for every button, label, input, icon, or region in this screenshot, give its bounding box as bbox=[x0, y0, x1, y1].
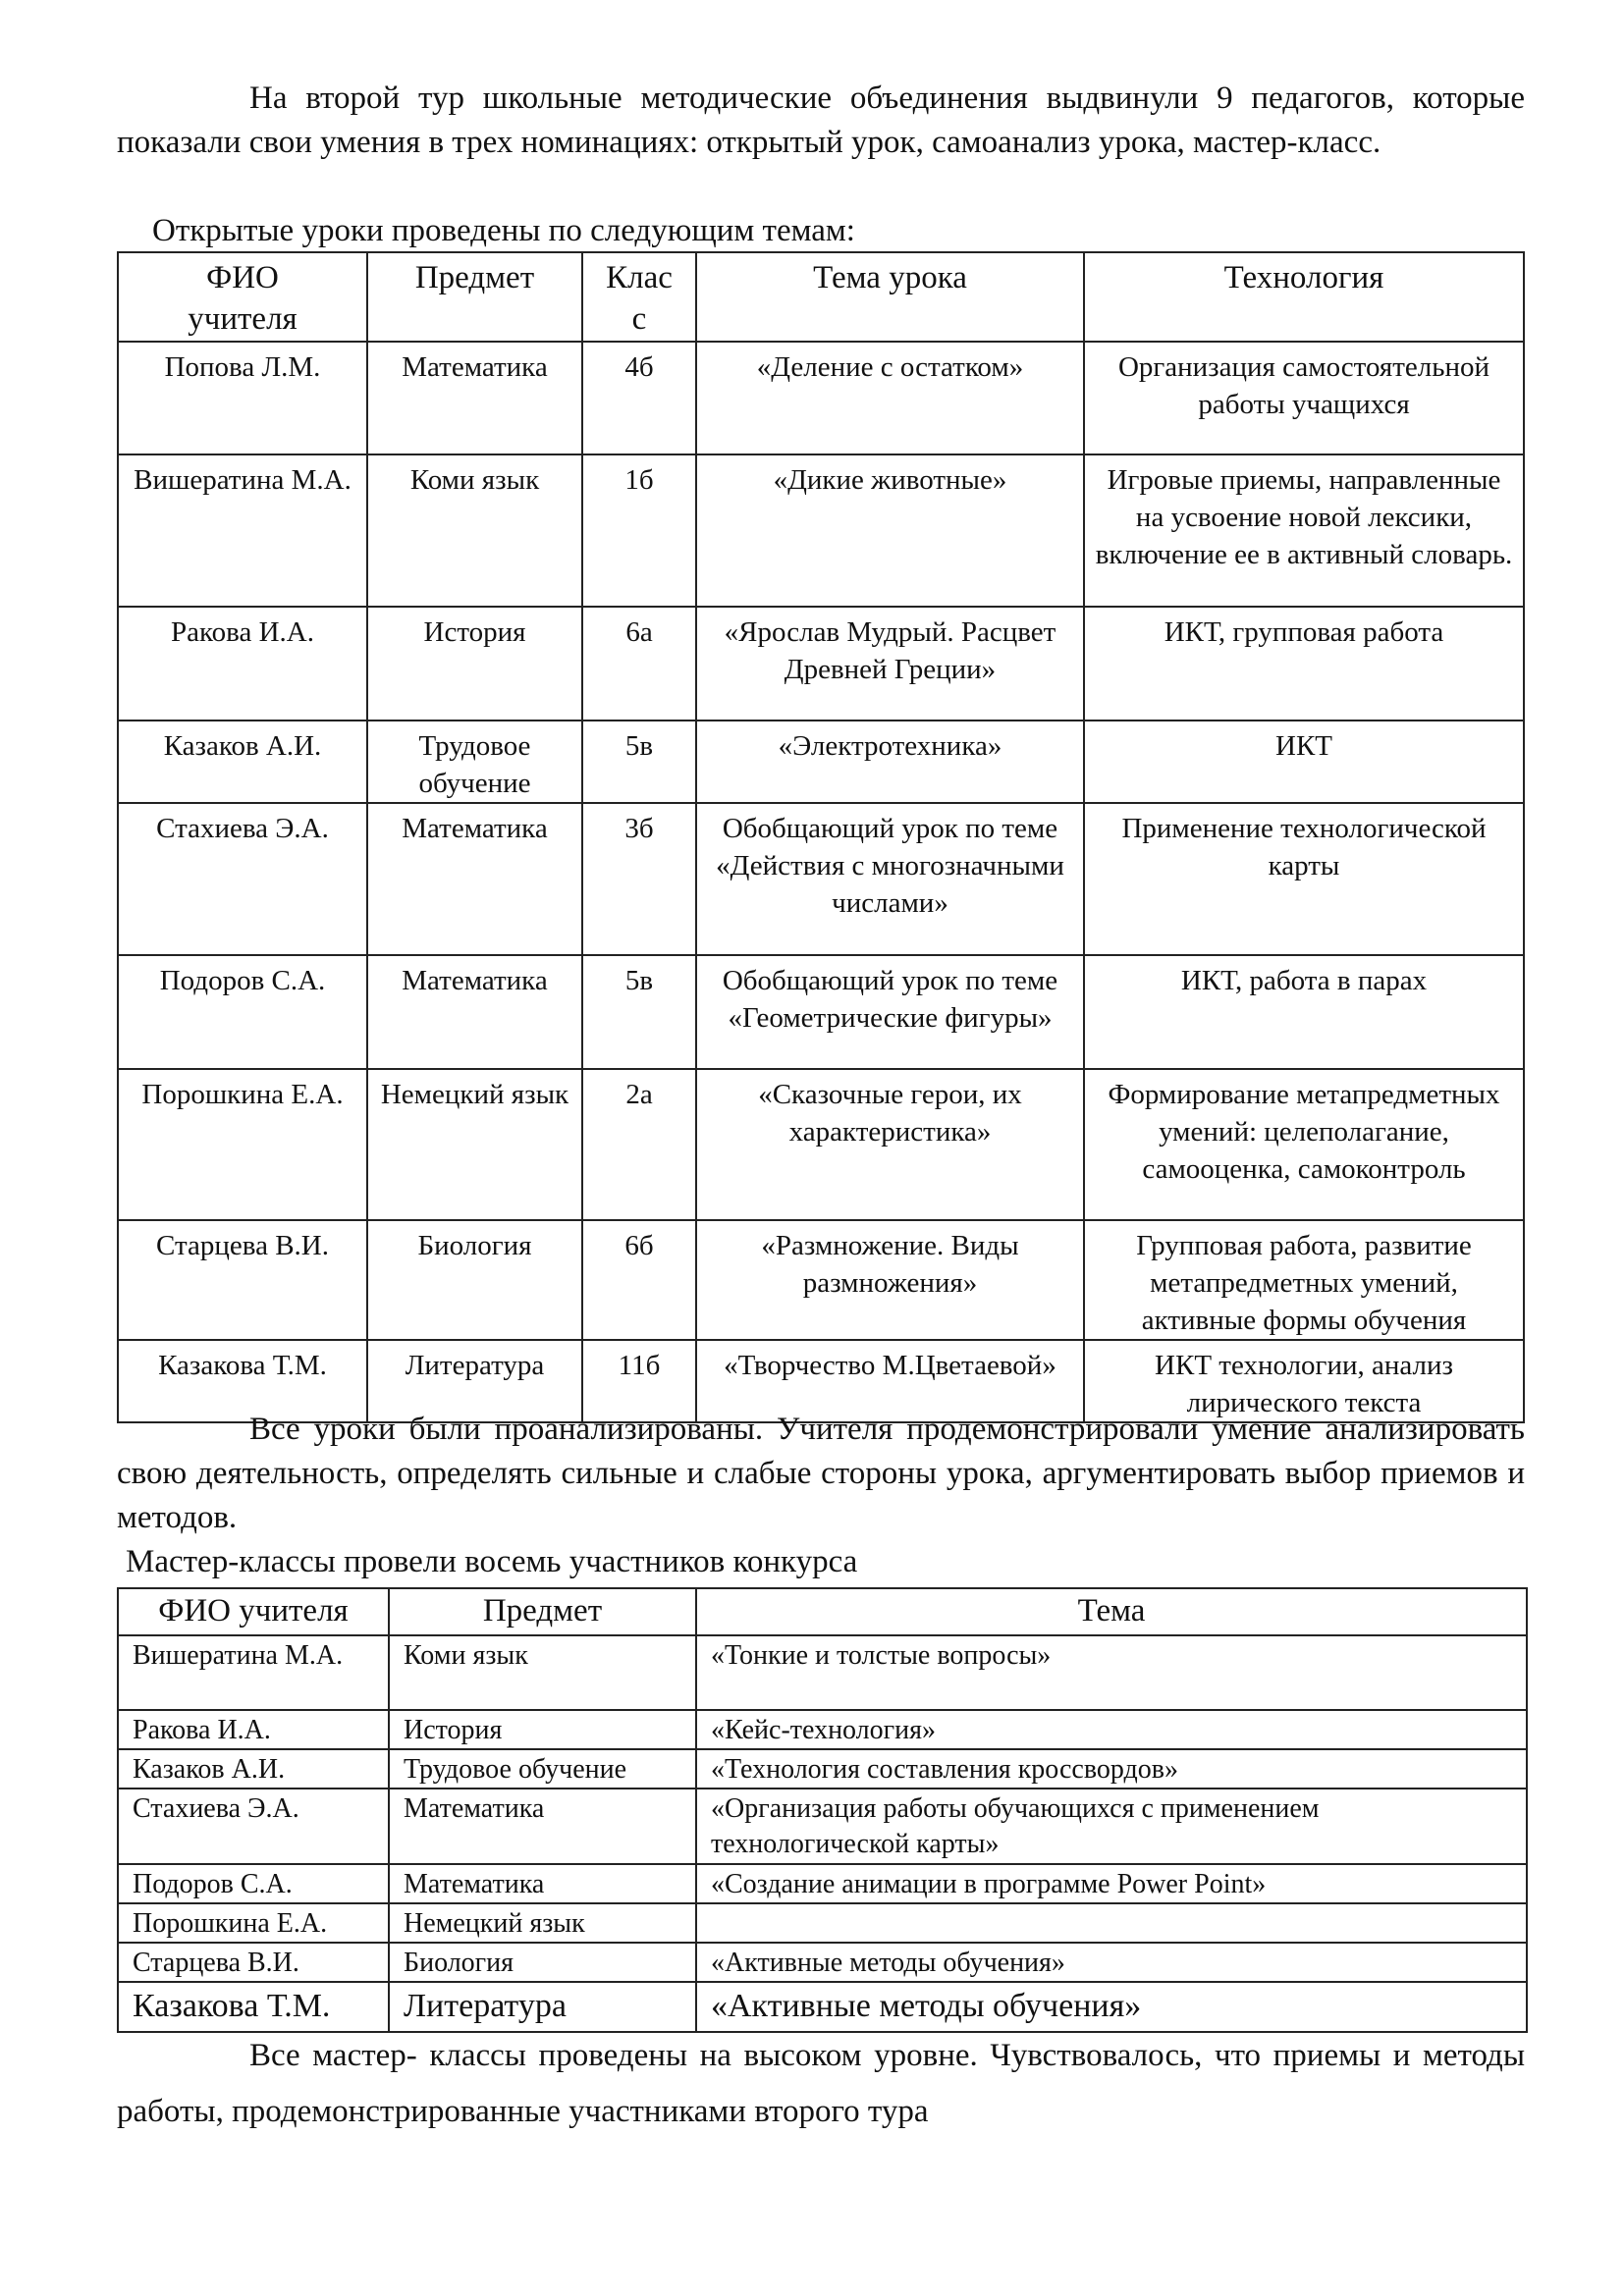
cell-grade: 1б bbox=[582, 454, 696, 607]
cell-subject: Математика bbox=[389, 1864, 696, 1903]
table-row: Старцева В.И.Биология6б«Размножение. Вид… bbox=[118, 1220, 1524, 1340]
cell-grade: 6б bbox=[582, 1220, 696, 1340]
cell-topic: «Кейс-технология» bbox=[696, 1710, 1527, 1749]
cell-topic: «Размножение. Виды размножения» bbox=[696, 1220, 1084, 1340]
column-header-teacher: ФИО учителя bbox=[118, 252, 367, 342]
cell-teacher: Попова Л.М. bbox=[118, 342, 367, 454]
cell-subject: Математика bbox=[367, 955, 582, 1069]
cell-teacher: Подоров С.А. bbox=[118, 1864, 389, 1903]
cell-subject: История bbox=[389, 1710, 696, 1749]
analysis-paragraph: Все уроки были проанализированы. Учителя… bbox=[117, 1408, 1525, 1540]
open-lessons-table: ФИО учителя Предмет Клас с Тема урока Те… bbox=[117, 251, 1525, 1423]
cell-topic bbox=[696, 1903, 1527, 1943]
table-row: Вишератина М.А.Коми язык«Тонкие и толсты… bbox=[118, 1635, 1527, 1710]
table-row: Попова Л.М.Математика4б«Деление с остатк… bbox=[118, 342, 1524, 454]
cell-subject: Немецкий язык bbox=[389, 1903, 696, 1943]
cell-topic: «Технология составления кроссвордов» bbox=[696, 1749, 1527, 1789]
cell-teacher: Стахиева Э.А. bbox=[118, 803, 367, 955]
cell-topic: «Ярослав Мудрый. Расцвет Древней Греции» bbox=[696, 607, 1084, 721]
table-row: Казаков А.И.Трудовое обучение«Технология… bbox=[118, 1749, 1527, 1789]
cell-teacher: Старцева В.И. bbox=[118, 1220, 367, 1340]
cell-teacher: Казаков А.И. bbox=[118, 721, 367, 803]
cell-subject: Коми язык bbox=[389, 1635, 696, 1710]
cell-teacher: Старцева В.И. bbox=[118, 1943, 389, 1982]
cell-grade: 5в bbox=[582, 955, 696, 1069]
open-lessons-heading: Открытые уроки проведены по следующим те… bbox=[152, 209, 855, 253]
cell-grade: 3б bbox=[582, 803, 696, 955]
table-header-row: ФИО учителя Предмет Клас с Тема урока Те… bbox=[118, 252, 1524, 342]
cell-subject: Математика bbox=[367, 803, 582, 955]
table-row: Казаков А.И.Трудовое обучение5в«Электрот… bbox=[118, 721, 1524, 803]
column-header-topic: Тема урока bbox=[696, 252, 1084, 342]
table-row: Ракова И.А.История6а«Ярослав Мудрый. Рас… bbox=[118, 607, 1524, 721]
cell-technology: Применение технологической карты bbox=[1084, 803, 1524, 955]
table-row: Ракова И.А.История«Кейс-технология» bbox=[118, 1710, 1527, 1749]
intro-paragraph: На второй тур школьные методические объе… bbox=[117, 77, 1525, 165]
cell-subject: Немецкий язык bbox=[367, 1069, 582, 1220]
cell-grade: 2а bbox=[582, 1069, 696, 1220]
cell-topic: Обобщающий урок по теме «Действия с мног… bbox=[696, 803, 1084, 955]
table-row: Вишератина М.А.Коми язык1б«Дикие животны… bbox=[118, 454, 1524, 607]
cell-grade: 6а bbox=[582, 607, 696, 721]
cell-technology: Организация самостоятельной работы учащи… bbox=[1084, 342, 1524, 454]
cell-subject: Математика bbox=[367, 342, 582, 454]
cell-topic: Обобщающий урок по теме «Геометрические … bbox=[696, 955, 1084, 1069]
cell-teacher: Казакова Т.М. bbox=[118, 1982, 389, 2032]
cell-subject: Биология bbox=[367, 1220, 582, 1340]
cell-grade: 4б bbox=[582, 342, 696, 454]
cell-topic: «Создание анимации в программе Power Poi… bbox=[696, 1864, 1527, 1903]
cell-topic: «Сказочные герои, их характеристика» bbox=[696, 1069, 1084, 1220]
cell-subject: Трудовое обучение bbox=[367, 721, 582, 803]
cell-technology: ИКТ, групповая работа bbox=[1084, 607, 1524, 721]
table-row: Стахиева Э.А.Математика3бОбобщающий урок… bbox=[118, 803, 1524, 955]
table-row: Стахиева Э.А.Математика«Организация рабо… bbox=[118, 1789, 1527, 1864]
column-header-subject: Предмет bbox=[389, 1588, 696, 1635]
cell-technology: ИКТ, работа в парах bbox=[1084, 955, 1524, 1069]
table-row: Старцева В.И.Биология«Активные методы об… bbox=[118, 1943, 1527, 1982]
cell-subject: Математика bbox=[389, 1789, 696, 1864]
table-row: Подоров С.А.Математика5вОбобщающий урок … bbox=[118, 955, 1524, 1069]
cell-teacher: Стахиева Э.А. bbox=[118, 1789, 389, 1864]
cell-subject: История bbox=[367, 607, 582, 721]
cell-topic: «Деление с остатком» bbox=[696, 342, 1084, 454]
cell-teacher: Казаков А.И. bbox=[118, 1749, 389, 1789]
cell-technology: Групповая работа, развитие метапредметны… bbox=[1084, 1220, 1524, 1340]
column-header-technology: Технология bbox=[1084, 252, 1524, 342]
cell-topic: «Организация работы обучающихся с примен… bbox=[696, 1789, 1527, 1864]
column-header-topic: Тема bbox=[696, 1588, 1527, 1635]
cell-teacher: Ракова И.А. bbox=[118, 1710, 389, 1749]
cell-topic: «Активные методы обучения» bbox=[696, 1943, 1527, 1982]
cell-subject: Трудовое обучение bbox=[389, 1749, 696, 1789]
cell-technology: Формирование метапредметных умений: целе… bbox=[1084, 1069, 1524, 1220]
cell-topic: «Электротехника» bbox=[696, 721, 1084, 803]
table-header-row: ФИО учителя Предмет Тема bbox=[118, 1588, 1527, 1635]
cell-teacher: Вишератина М.А. bbox=[118, 454, 367, 607]
cell-subject: Биология bbox=[389, 1943, 696, 1982]
cell-teacher: Подоров С.А. bbox=[118, 955, 367, 1069]
cell-technology: ИКТ bbox=[1084, 721, 1524, 803]
table-row: Подоров С.А.Математика«Создание анимации… bbox=[118, 1864, 1527, 1903]
column-header-teacher: ФИО учителя bbox=[118, 1588, 389, 1635]
column-header-grade: Клас с bbox=[582, 252, 696, 342]
cell-topic: «Дикие животные» bbox=[696, 454, 1084, 607]
cell-topic: «Тонкие и толстые вопросы» bbox=[696, 1635, 1527, 1710]
cell-grade: 5в bbox=[582, 721, 696, 803]
master-classes-table: ФИО учителя Предмет Тема Вишератина М.А.… bbox=[117, 1587, 1528, 2033]
cell-subject: Коми язык bbox=[367, 454, 582, 607]
cell-teacher: Ракова И.А. bbox=[118, 607, 367, 721]
column-header-subject: Предмет bbox=[367, 252, 582, 342]
conclusion-paragraph: Все мастер- классы проведены на высоком … bbox=[117, 2028, 1525, 2140]
cell-technology: Игровые приемы, направленные на усвоение… bbox=[1084, 454, 1524, 607]
table-row: Порошкина Е.А.Немецкий язык2а«Сказочные … bbox=[118, 1069, 1524, 1220]
master-classes-heading: Мастер-классы провели восемь участников … bbox=[126, 1540, 857, 1584]
cell-teacher: Вишератина М.А. bbox=[118, 1635, 389, 1710]
table-row: Казакова Т.М.Литература«Активные методы … bbox=[118, 1982, 1527, 2032]
cell-teacher: Порошкина Е.А. bbox=[118, 1069, 367, 1220]
cell-subject: Литература bbox=[389, 1982, 696, 2032]
cell-teacher: Порошкина Е.А. bbox=[118, 1903, 389, 1943]
cell-topic: «Активные методы обучения» bbox=[696, 1982, 1527, 2032]
table-row: Порошкина Е.А.Немецкий язык bbox=[118, 1903, 1527, 1943]
